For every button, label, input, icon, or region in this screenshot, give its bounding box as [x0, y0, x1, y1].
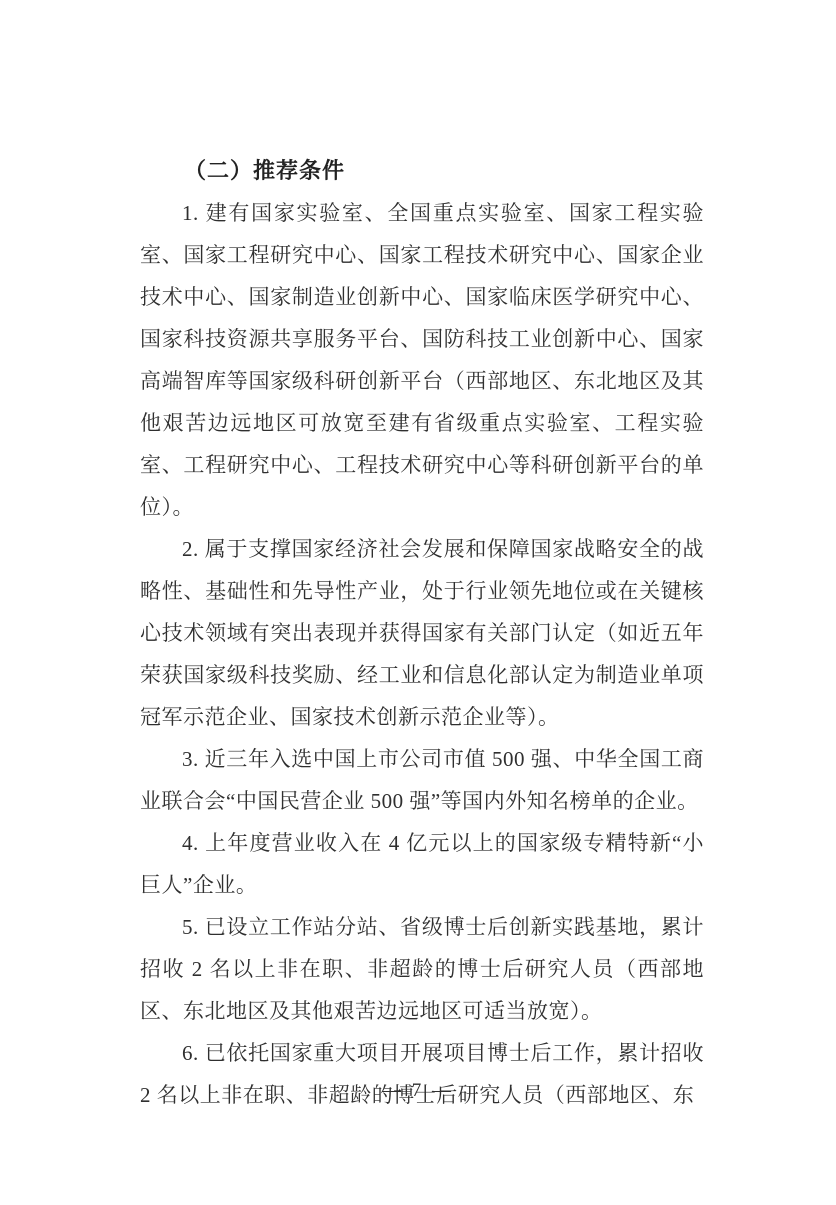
page-number: — 7 — [0, 1076, 836, 1106]
paragraph-5: 5. 已设立工作站分站、省级博士后创新实践基地，累计招收 2 名以上非在职、非超… [140, 906, 704, 1032]
document-page: （二）推荐条件 1. 建有国家实验室、全国重点实验室、国家工程实验室、国家工程研… [0, 0, 836, 1205]
document-body: （二）推荐条件 1. 建有国家实验室、全国重点实验室、国家工程实验室、国家工程研… [140, 150, 704, 1116]
paragraph-2: 2. 属于支撑国家经济社会发展和保障国家战略安全的战略性、基础性和先导性产业，处… [140, 528, 704, 738]
section-heading: （二）推荐条件 [140, 150, 704, 192]
paragraph-4: 4. 上年度营业收入在 4 亿元以上的国家级专精特新“小巨人”企业。 [140, 822, 704, 906]
paragraph-1: 1. 建有国家实验室、全国重点实验室、国家工程实验室、国家工程研究中心、国家工程… [140, 192, 704, 528]
paragraph-3: 3. 近三年入选中国上市公司市值 500 强、中华全国工商业联合会“中国民营企业… [140, 738, 704, 822]
